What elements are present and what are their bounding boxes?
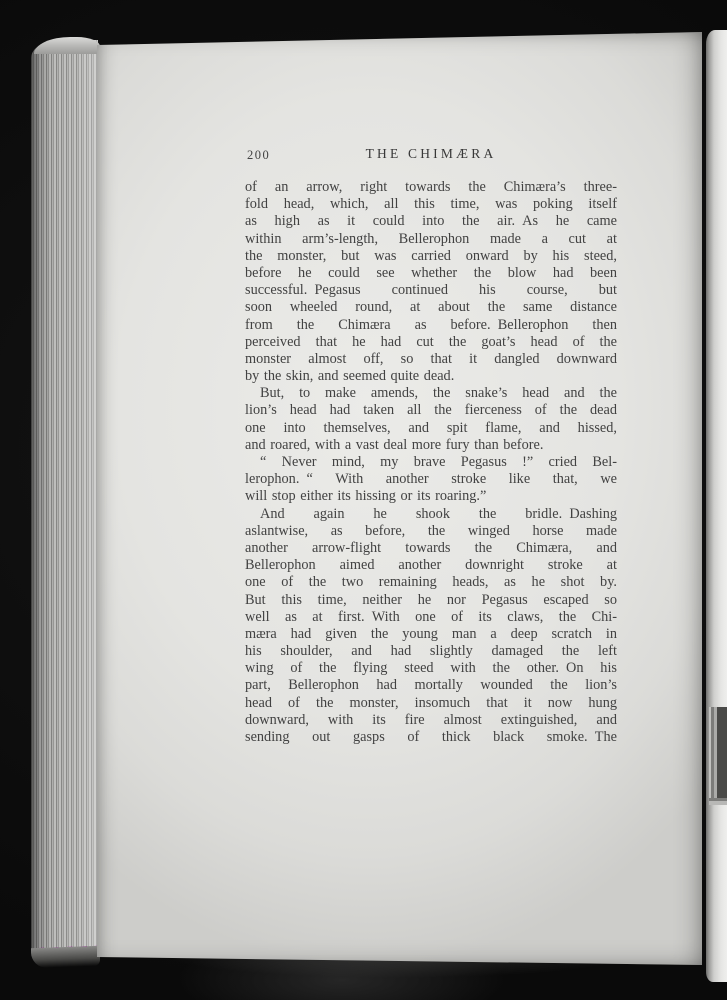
text-line: downward, with its fire almost extinguis… — [245, 712, 617, 729]
text-line: lion’s head had taken all the fierceness… — [245, 402, 617, 419]
next-page-illustration-fragment — [709, 707, 727, 805]
text-line: and roared, with a vast deal more fury t… — [245, 437, 617, 454]
text-line: one of the two remaining heads, as he sh… — [245, 574, 617, 591]
text-line: will stop either its hissing or its roar… — [245, 488, 617, 505]
text-line: successful. Pegasus continued his course… — [245, 282, 617, 299]
text-line: another arrow-flight towards the Chimæra… — [245, 540, 617, 557]
text-line: from the Chimæra as before. Bellerophon … — [245, 317, 617, 334]
text-line: his shoulder, and had slightly damaged t… — [245, 643, 617, 660]
text-line: head of the monster, insomuch that it no… — [245, 695, 617, 712]
text-line: one into themselves, and spit flame, and… — [245, 420, 617, 437]
fore-edge-top-curve — [34, 37, 100, 54]
text-line: part, Bellerophon had mortally wounded t… — [245, 677, 617, 694]
text-line: But this time, neither he nor Pegasus es… — [245, 592, 617, 609]
text-line: the monster, but was carried onward by h… — [245, 248, 617, 265]
text-line: sending out gasps of thick black smoke. … — [245, 729, 617, 746]
text-line: perceived that he had cut the goat’s hea… — [245, 334, 617, 351]
text-line: Bellerophon aimed another downright stro… — [245, 557, 617, 574]
text-line: monster almost off, so that it dangled d… — [245, 351, 617, 368]
text-block: of an arrow, right towards the Chimæra’s… — [245, 179, 617, 746]
text-line: soon wheeled round, at about the same di… — [245, 299, 617, 316]
text-line: well as at first. With one of its claws,… — [245, 609, 617, 626]
text-line: of an arrow, right towards the Chimæra’s… — [245, 179, 617, 196]
page-header: 200 THE CHIMÆRA — [245, 145, 617, 165]
next-page-edge — [706, 30, 727, 982]
text-line: mæra had given the young man a deep scra… — [245, 626, 617, 643]
book-page: 200 THE CHIMÆRA of an arrow, right towar… — [97, 32, 702, 968]
text-line: And again he shook the bridle. Dashing — [245, 506, 617, 523]
text-line: as high as it could into the air. As he … — [245, 213, 617, 230]
fore-edge-bottom-shadow — [31, 946, 100, 968]
text-line: within arm’s-length, Bellerophon made a … — [245, 231, 617, 248]
text-line: before he could see whether the blow had… — [245, 265, 617, 282]
text-line: aslantwise, as before, the winged horse … — [245, 523, 617, 540]
book-fore-edge — [31, 40, 98, 958]
photo-backdrop: 200 THE CHIMÆRA of an arrow, right towar… — [0, 0, 727, 1000]
text-line: fold head, which, all this time, was pok… — [245, 196, 617, 213]
text-line: lerophon. “ With another stroke like tha… — [245, 471, 617, 488]
text-line: “ Never mind, my brave Pegasus !” cried … — [245, 454, 617, 471]
text-line: wing of the flying steed with the other.… — [245, 660, 617, 677]
running-header: THE CHIMÆRA — [245, 146, 617, 162]
text-line: But, to make amends, the snake’s head an… — [245, 385, 617, 402]
text-line: by the skin, and seemed quite dead. — [245, 368, 617, 385]
